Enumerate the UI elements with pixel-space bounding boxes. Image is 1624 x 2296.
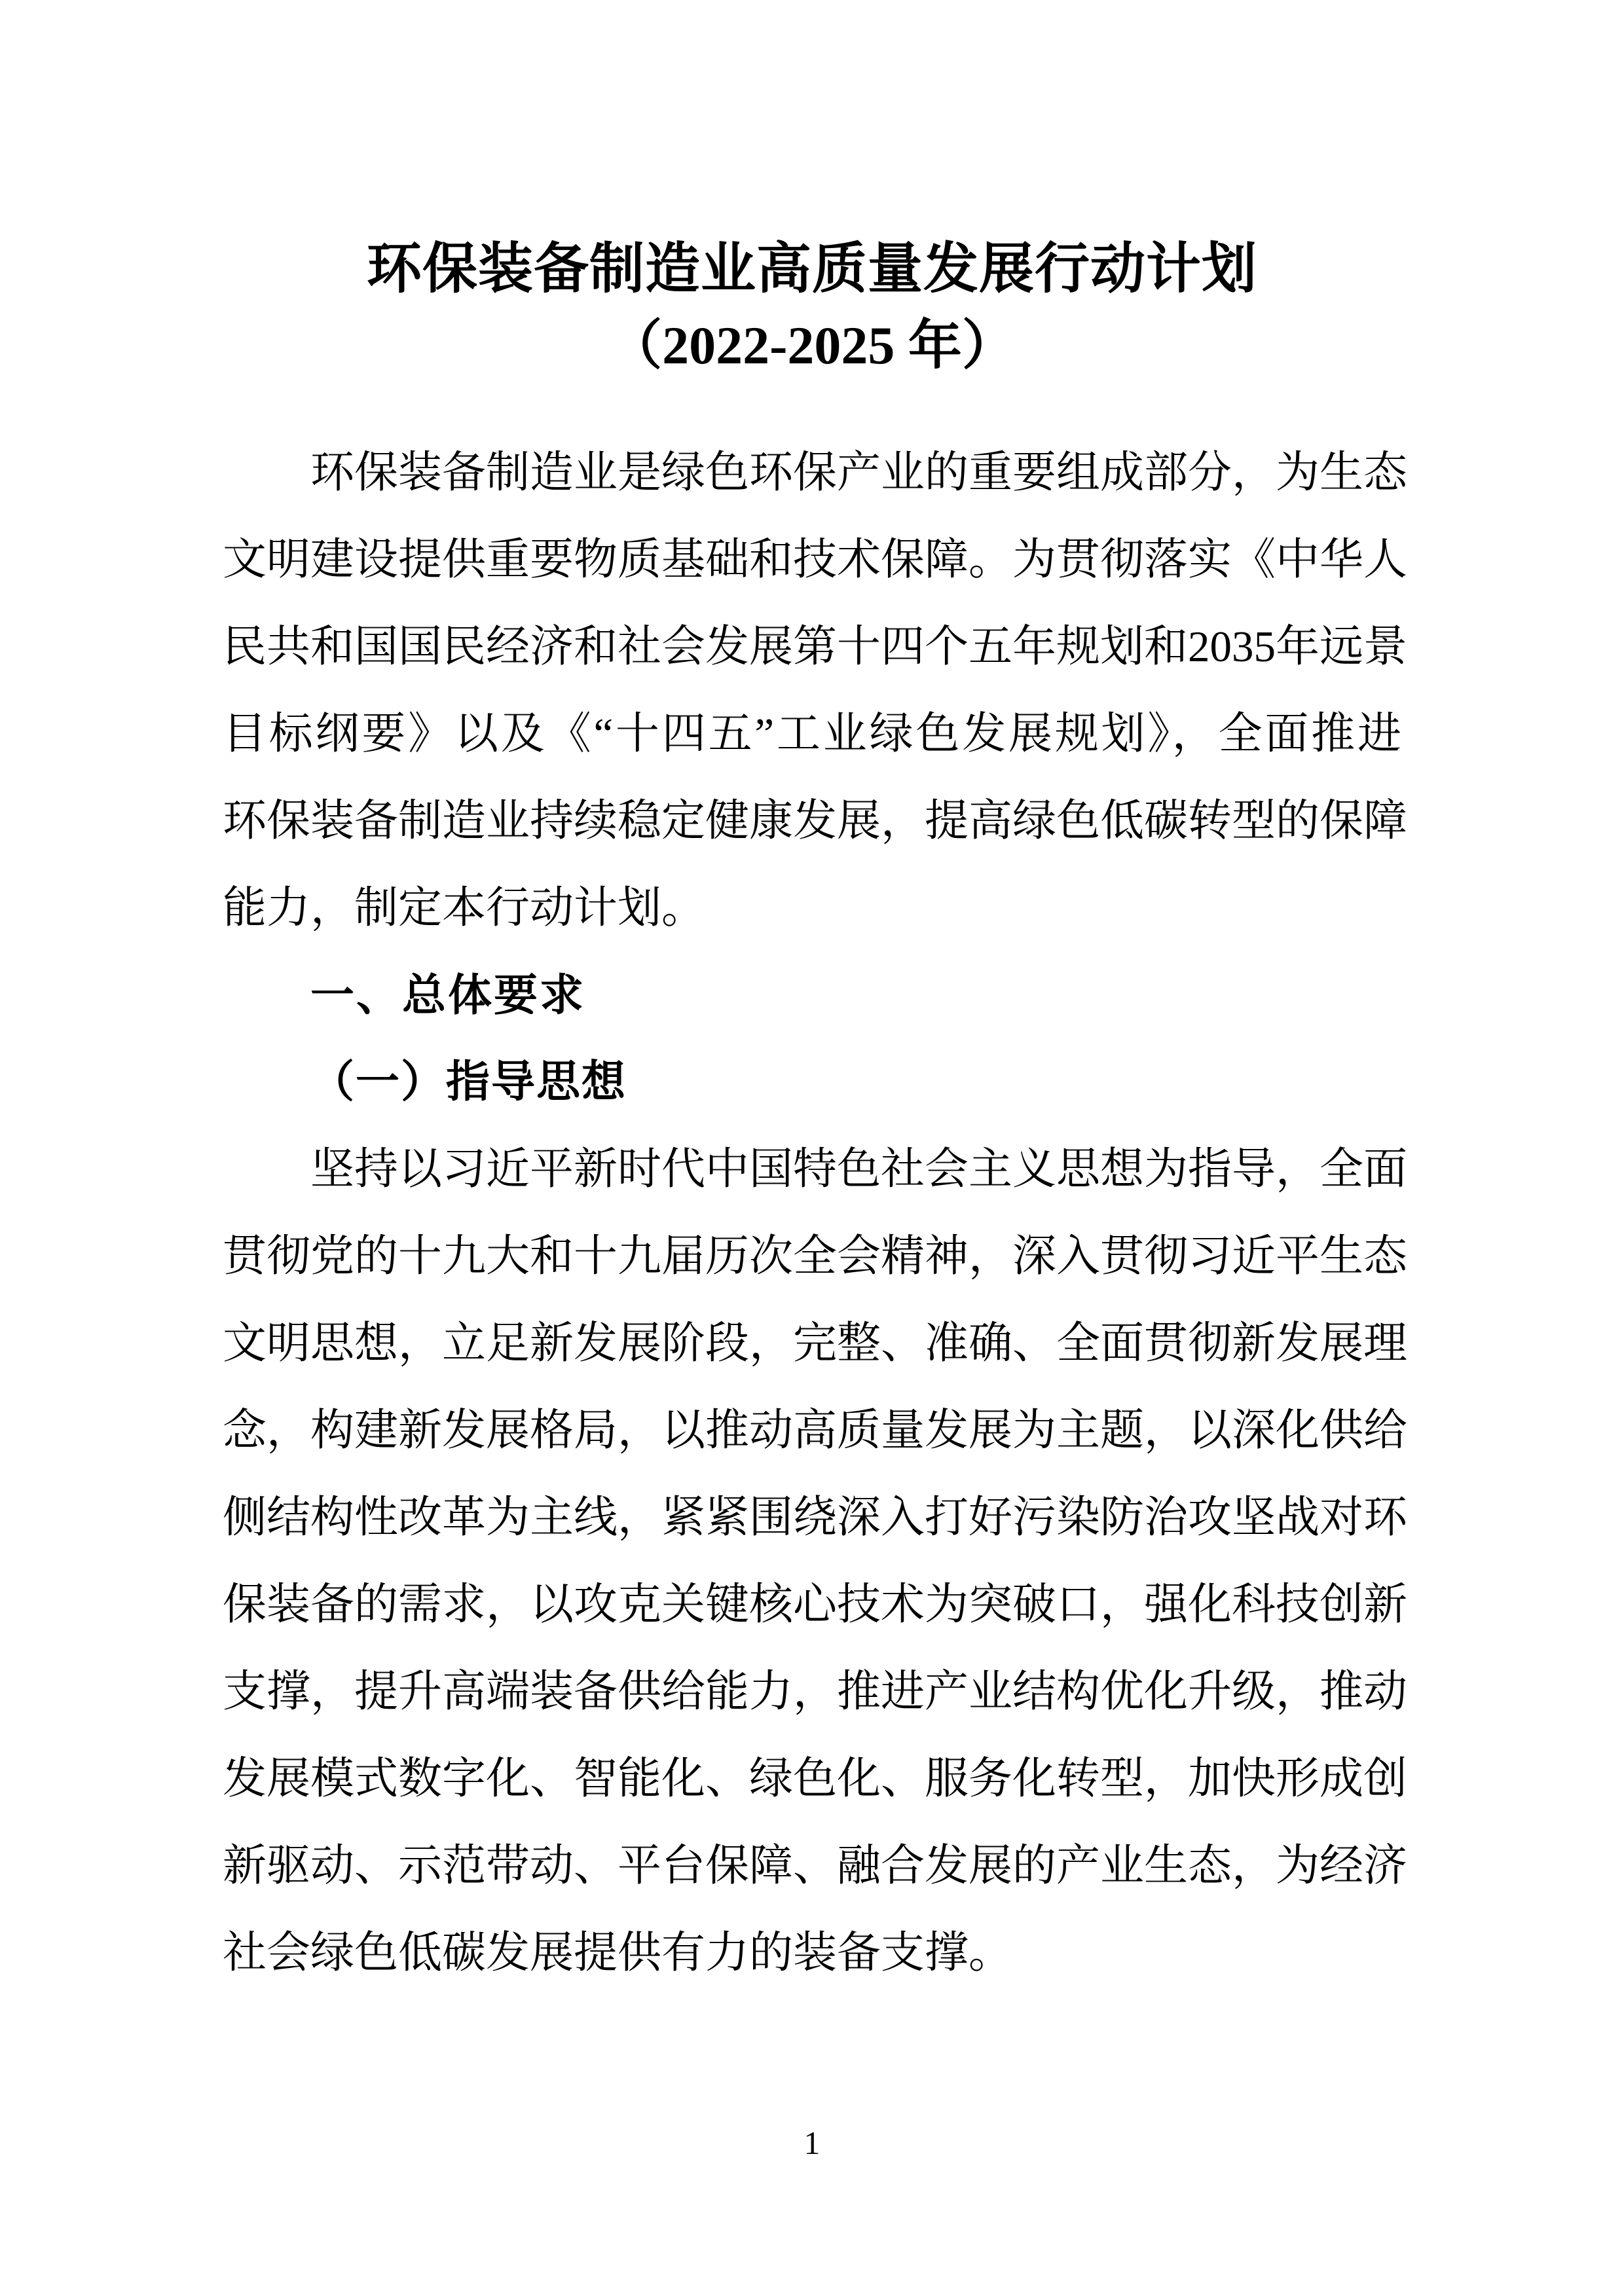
paragraph2-line: 社会绿色低碳发展提供有力的装备支撑。 — [223, 1910, 1401, 1997]
paragraph2-line: 念，构建新发展格局，以推动高质量发展为主题，以深化供给 — [223, 1387, 1401, 1474]
paragraph2-line: 支撑，提升高端装备供给能力，推进产业结构优化升级，推动 — [223, 1649, 1401, 1736]
document-body: 环保装备制造业是绿色环保产业的重要组成部分，为生态 文明建设提供重要物质基础和技… — [223, 429, 1401, 1997]
page-number: 1 — [0, 2120, 1624, 2166]
paragraph1-line: 目标纲要》以及《“十四五”工业绿色发展规划》，全面推进 — [223, 691, 1401, 778]
paragraph1-line: 能力，制定本行动计划。 — [223, 865, 1401, 952]
paragraph2-line: 发展模式数字化、智能化、绿色化、服务化转型，加快形成创 — [223, 1736, 1401, 1823]
paragraph1-line: 环保装备制造业是绿色环保产业的重要组成部分，为生态 — [223, 429, 1401, 517]
paragraph1-line: 文明建设提供重要物质基础和技术保障。为贯彻落实《中华人 — [223, 517, 1401, 604]
paragraph2-line: 贯彻党的十九大和十九届历次全会精神，深入贯彻习近平生态 — [223, 1213, 1401, 1300]
paragraph2-line: 文明思想，立足新发展阶段，完整、准确、全面贯彻新发展理 — [223, 1300, 1401, 1387]
paragraph2-line: 保装备的需求，以攻克关键核心技术为突破口，强化科技创新 — [223, 1561, 1401, 1649]
document-subtitle: （2022-2025 年） — [0, 306, 1624, 385]
paragraph1-line: 民共和国国民经济和社会发展第十四个五年规划和2035年远景 — [223, 604, 1401, 691]
paragraph2-line: 坚持以习近平新时代中国特色社会主义思想为指导，全面 — [223, 1126, 1401, 1213]
paragraph2-line: 侧结构性改革为主线，紧紧围绕深入打好污染防治攻坚战对环 — [223, 1474, 1401, 1561]
subsection-heading: （一）指导思想 — [223, 1039, 1401, 1126]
section-heading: 一、总体要求 — [223, 952, 1401, 1039]
document-page: 环保装备制造业高质量发展行动计划 （2022-2025 年） 环保装备制造业是绿… — [0, 0, 1624, 2296]
paragraph2-line: 新驱动、示范带动、平台保障、融合发展的产业生态，为经济 — [223, 1823, 1401, 1910]
paragraph1-line: 环保装备制造业持续稳定健康发展，提高绿色低碳转型的保障 — [223, 778, 1401, 865]
document-title: 环保装备制造业高质量发展行动计划 — [0, 230, 1624, 309]
